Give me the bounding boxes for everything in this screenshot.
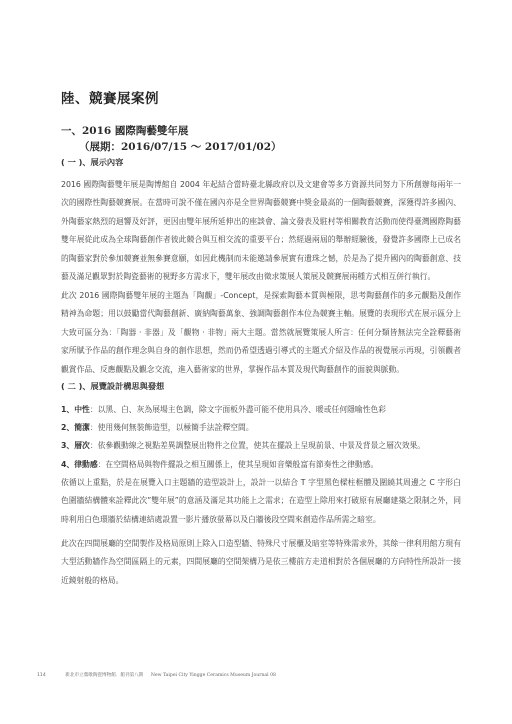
list-term: 律動感 — [74, 460, 97, 469]
paragraph: 此次 2016 國際陶藝雙年展的主題為「陶觀」-Concept，是探索陶藝本質與… — [61, 287, 461, 379]
list-number: 4、 — [61, 460, 74, 469]
list-item: 1、中性：以黑、白、灰為展場主色調，除文字面板外盡可能不使用具冷、暖或任何隱喻性… — [61, 401, 461, 419]
list-term: 層次 — [74, 441, 90, 450]
list-number: 1、 — [61, 405, 74, 414]
list-text: ：依參觀動線之視點差異調整展出物件之位置，使其在擺設上呈現前景、中景及背景之層次… — [90, 441, 425, 450]
list-number: 3、 — [61, 441, 74, 450]
section-title: 陸、競賽展案例 — [61, 87, 159, 107]
document-page: 陸、競賽展案例 一、2016 國際陶藝雙年展 （展期：2016/07/15 ～ … — [0, 0, 512, 724]
paragraph: 此次在四間展廳的空間製作及格局原則上除入口造型牆、特殊尺寸展櫃及暗室等特殊需求外… — [61, 535, 461, 590]
subsection-heading: 一、2016 國際陶藝雙年展 （展期：2016/07/15 ～ 2017/01/… — [61, 123, 282, 155]
page-number: 114 — [37, 673, 46, 678]
design-principles-list: 1、中性：以黑、白、灰為展場主色調，除文字面板外盡可能不使用具冷、暖或任何隱喻性… — [61, 401, 461, 474]
subsection-title: 一、2016 國際陶藝雙年展 — [61, 125, 188, 137]
list-item: 4、律動感：在空間格局與物件擺設之相互關係上，使其呈現如音樂般富有節奏性之律動感… — [61, 456, 461, 474]
list-item: 2、簡潔：使用幾何無裝飾造型，以極簡手法詮釋空間。 — [61, 419, 461, 437]
list-term: 中性 — [74, 405, 90, 414]
list-text: ：以黑、白、灰為展場主色調，除文字面板外盡可能不使用具冷、暖或任何隱喻性色彩 — [90, 405, 386, 414]
journal-title-en: New Taipei City Yingge Ceramics Museum J… — [151, 673, 276, 678]
list-text: ：在空間格局與物件擺設之相互關係上，使其呈現如音樂般富有節奏性之律動感。 — [98, 460, 379, 469]
part1-heading: ( 一 )、展示內容 — [61, 157, 123, 168]
journal-title-zh: 新北市立鶯歌陶瓷博物館．館刊第八期 — [65, 673, 143, 678]
list-item: 3、層次：依參觀動線之視點差異調整展出物件之位置，使其在擺設上呈現前景、中景及背… — [61, 437, 461, 455]
list-text: ：使用幾何無裝飾造型，以極簡手法詮釋空間。 — [90, 423, 254, 432]
list-term: 簡潔 — [74, 423, 90, 432]
part2-heading: ( 二 )、展覽設計構思與發想 — [61, 381, 164, 392]
paragraph: 2016 國際陶藝雙年展是陶博館自 2004 年起結合當時臺北縣政府以及文建會等… — [61, 176, 461, 286]
list-number: 2、 — [61, 423, 74, 432]
paragraph: 依循以上重點，於是在展覽入口主題牆的造型設計上，設計一以結合 T 字型黑色樑柱框… — [61, 474, 461, 529]
exhibition-dates: （展期：2016/07/15 ～ 2017/01/02） — [61, 139, 282, 155]
page-footer: 114 新北市立鶯歌陶瓷博物館．館刊第八期 New Taipei City Yi… — [37, 672, 276, 678]
